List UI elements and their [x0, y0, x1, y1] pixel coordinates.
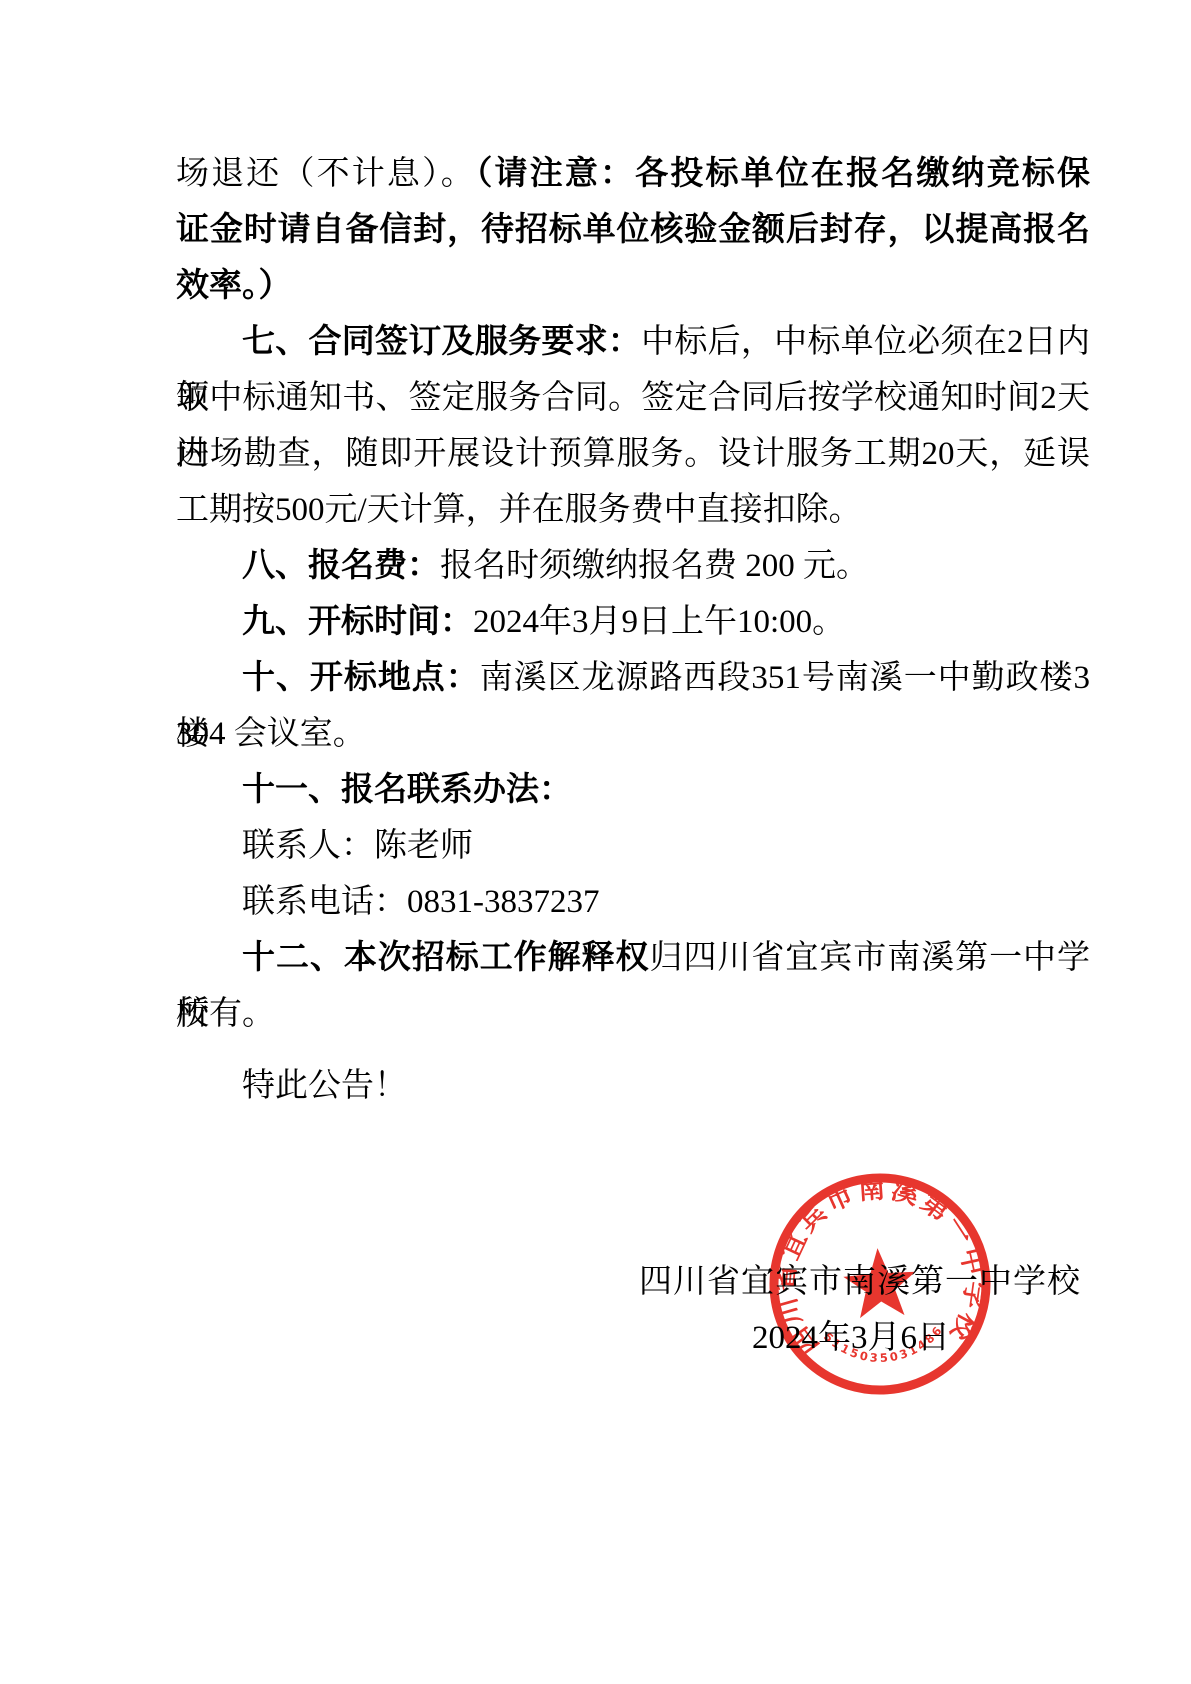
- text-line: 八、报名费：报名时须缴纳报名费 200 元。: [176, 538, 1090, 594]
- bold-text-segment: 十、开标地点：: [242, 660, 480, 696]
- star-icon: [841, 1246, 918, 1320]
- bold-text-segment: 七、合同签订及服务要求：: [242, 324, 641, 360]
- bold-text-segment: 十二、本次招标工作解释权: [242, 940, 650, 976]
- bold-text-segment: 效率。）: [176, 268, 292, 304]
- document-body: 场退还（不计息）。（请注意：各投标单位在报名缴纳竞标保证金时请自备信封，待招标单…: [176, 146, 1090, 1114]
- text-segment: 联系人：陈老师: [242, 828, 473, 864]
- text-segment: 报名时须缴纳报名费 200 元。: [440, 548, 869, 584]
- text-segment: 场退还（不计息）。: [176, 156, 476, 192]
- bold-text-segment: 十一、报名联系办法：: [242, 772, 572, 808]
- text-line: 联系人：陈老师: [176, 818, 1090, 874]
- bold-text-segment: 八、报名费：: [242, 548, 440, 584]
- text-segment: 进场勘查，随即开展设计预算服务。设计服务工期20天，延误: [176, 436, 1090, 472]
- text-segment: 工期按500元/天计算，并在服务费中直接扣除。: [176, 492, 862, 528]
- text-segment: 所有。: [176, 996, 275, 1032]
- text-line: 十二、本次招标工作解释权归四川省宜宾市南溪第一中学校: [176, 930, 1090, 986]
- text-segment: 联系电话：0831-3837237: [242, 884, 600, 920]
- text-line: 所有。: [176, 986, 1090, 1042]
- seal-serial-number: 5115035031486: [820, 1321, 948, 1369]
- text-line: 联系电话：0831-3837237: [176, 874, 1090, 930]
- text-segment: 特此公告！: [242, 1068, 407, 1104]
- official-seal: 四川省宜宾市南溪第一中学校 5115035031486: [757, 1161, 1002, 1406]
- text-line: 证金时请自备信封，待招标单位核验金额后封存，以提高报名: [176, 202, 1090, 258]
- bold-text-segment: 九、开标时间：: [242, 604, 473, 640]
- text-line: 特此公告！: [176, 1058, 1090, 1114]
- text-line: 工期按500元/天计算，并在服务费中直接扣除。: [176, 482, 1090, 538]
- bold-text-segment: 证金时请自备信封，待招标单位核验金额后封存，以提高报名: [176, 212, 1090, 248]
- text-segment: 304 会议室。: [176, 716, 366, 752]
- text-line: 进场勘查，随即开展设计预算服务。设计服务工期20天，延误: [176, 426, 1090, 482]
- bold-text-segment: （请注意：各投标单位在报名缴纳竞标保: [476, 156, 1090, 192]
- text-line: 效率。）: [176, 258, 1090, 314]
- text-segment: 2024年3月9日上午10:00。: [473, 604, 845, 640]
- text-line: 七、合同签订及服务要求：中标后，中标单位必须在2日内领: [176, 314, 1090, 370]
- text-line: 十、开标地点：南溪区龙源路西段351号南溪一中勤政楼3楼: [176, 650, 1090, 706]
- text-line: 取中标通知书、签定服务合同。签定合同后按学校通知时间2天内: [176, 370, 1090, 426]
- official-seal-graphic: 四川省宜宾市南溪第一中学校 5115035031486: [757, 1161, 1002, 1406]
- text-line: 九、开标时间：2024年3月9日上午10:00。: [176, 594, 1090, 650]
- text-line: 十一、报名联系办法：: [176, 762, 1090, 818]
- text-line: 304 会议室。: [176, 706, 1090, 762]
- text-line: 场退还（不计息）。（请注意：各投标单位在报名缴纳竞标保: [176, 146, 1090, 202]
- document-page: 场退还（不计息）。（请注意：各投标单位在报名缴纳竞标保证金时请自备信封，待招标单…: [0, 0, 1191, 1684]
